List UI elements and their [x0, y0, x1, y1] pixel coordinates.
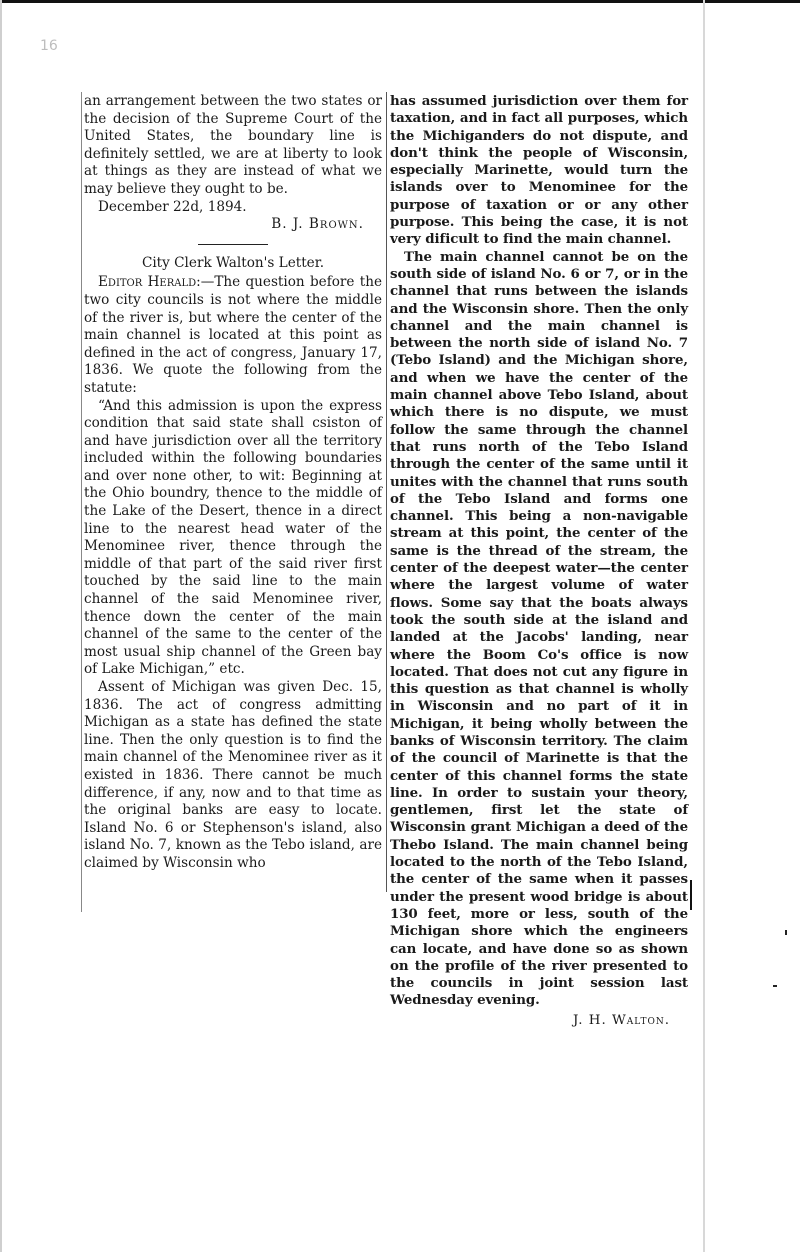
- scan-speck: [773, 985, 777, 987]
- letter-date: December 22d, 1894.: [84, 199, 382, 217]
- scan-right-margin-rule: [703, 0, 705, 1252]
- handwritten-page-number: 16: [40, 38, 58, 54]
- continued-paragraph: has assumed jurisdiction over them for t…: [390, 93, 688, 249]
- signature-walton: J. H. Walton.: [390, 1012, 688, 1029]
- left-column: an arrangement between the two states or…: [84, 93, 382, 873]
- statute-quote: “And this admission is upon the express …: [84, 398, 382, 680]
- right-column: has assumed jurisdiction over them for t…: [390, 93, 688, 1029]
- center-column-rule: [386, 92, 387, 892]
- right-column-rule: [690, 880, 692, 910]
- scan-left-edge: [0, 0, 2, 1252]
- left-column-rule: [81, 92, 82, 912]
- article-paragraph: The main channel cannot be on the south …: [390, 249, 688, 1010]
- article-paragraph: Editor Herald:—The question before the t…: [84, 274, 382, 397]
- scan-speck: [785, 930, 787, 935]
- article-heading: City Clerk Walton's Letter.: [84, 255, 382, 273]
- continued-paragraph: an arrangement between the two states or…: [84, 93, 382, 199]
- salutation: Editor Herald:: [98, 274, 201, 290]
- signature-brown: B. J. Brown.: [84, 216, 382, 234]
- section-divider: [198, 244, 268, 245]
- scan-top-border: [0, 0, 800, 3]
- article-paragraph: Assent of Michigan was given Dec. 15, 18…: [84, 679, 382, 873]
- paragraph-text: —The question before the two city counci…: [84, 274, 382, 396]
